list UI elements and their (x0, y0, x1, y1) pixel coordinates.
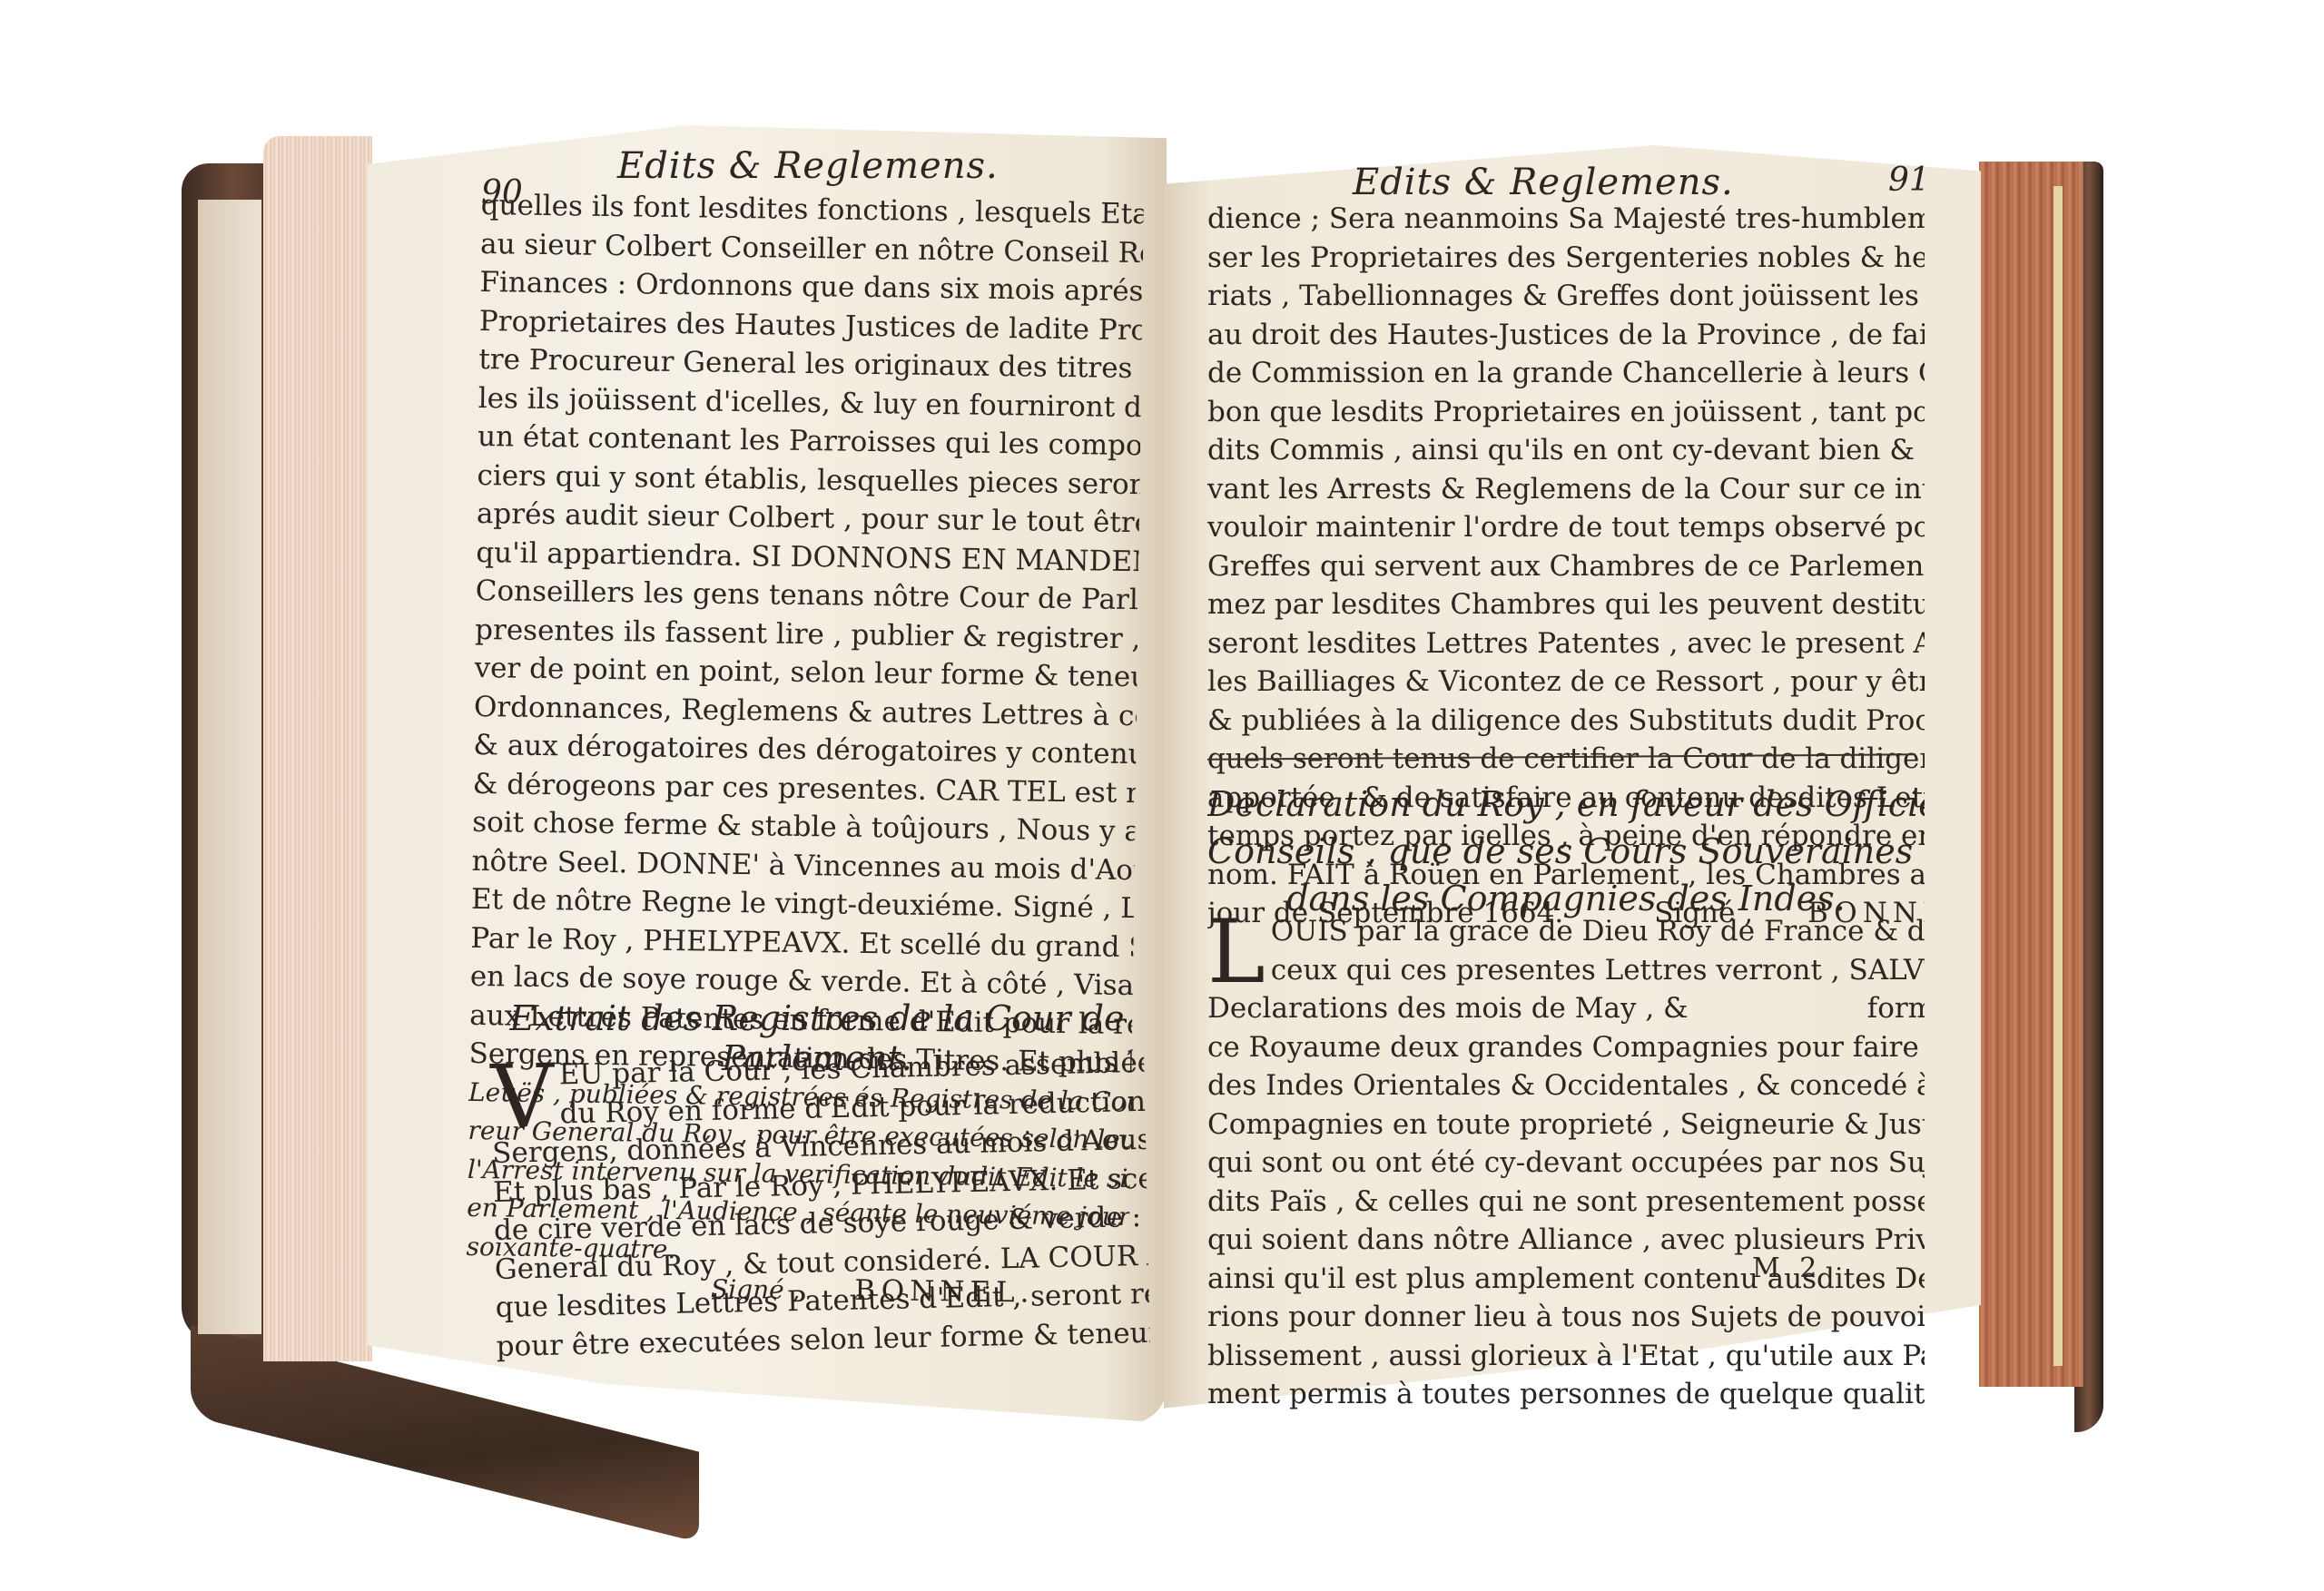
signature-mark: M 2 (1752, 1252, 1822, 1284)
text-line: ment permis à toutes personnes de quelqu… (1207, 1375, 1925, 1414)
text-line: blissement , aussi glorieux à l'Etat , q… (1207, 1337, 1925, 1376)
text-line: des Indes Orientales & Occidentales , & … (1207, 1066, 1925, 1105)
text-line: Compagnies en toute proprieté , Seigneur… (1207, 1105, 1925, 1144)
right-page-number: 91 (1888, 162, 1930, 199)
text-line: vant les Arrests & Reglemens de la Cour … (1207, 470, 1925, 509)
text-line: mez par lesdites Chambres qui les peuven… (1207, 585, 1925, 624)
left-flyleaf (198, 200, 261, 1334)
left-page-edges (263, 136, 372, 1361)
text-line: au droit des Hautes-Justices de la Provi… (1207, 316, 1925, 355)
text-line: bon que lesdits Proprietaires en joüisse… (1207, 393, 1925, 432)
right-running-head: Edits & Reglemens. (1353, 162, 1734, 203)
text-line: de Commission en la grande Chancellerie … (1207, 354, 1925, 393)
text-line: dits Commis , ainsi qu'ils en ont cy-dev… (1207, 431, 1925, 470)
text-line: ce Royaume deux grandes Compagnies pour … (1207, 1028, 1925, 1067)
text-line: riats , Tabellionnages & Greffes dont jo… (1207, 277, 1925, 316)
text-line: rions pour donner lieu à tous nos Sujets… (1207, 1298, 1925, 1337)
text-line: ceux qui ces presentes Lettres verront ,… (1271, 951, 1925, 990)
left-running-head: Edits & Reglemens. (617, 145, 999, 187)
text-line: ser les Proprietaires des Sergenteries n… (1207, 239, 1925, 278)
text-line: vouloir maintenir l'ordre de tout temps … (1207, 508, 1925, 547)
declaration-body-text: L OUIS par la grace de Dieu Roy de Franc… (1207, 912, 1925, 1414)
text-line: OUIS par la grace de Dieu Roy de France … (1271, 912, 1925, 951)
drop-cap: V (490, 1060, 555, 1134)
text-line: & publiées à la diligence des Substituts… (1207, 702, 1925, 741)
text-line: dits Païs , & celles qui ne sont present… (1207, 1183, 1925, 1222)
text-line: dience ; Sera neanmoins Sa Majesté tres-… (1207, 200, 1925, 239)
text-line: les Bailliages & Vicontez de ce Ressort … (1207, 663, 1925, 702)
right-red-page-edges (1979, 162, 2083, 1387)
heading-line: Declaration du Roy , en faveur des Offic… (1207, 781, 1925, 828)
extrait-body-text: V EU par la Cour , les Chambres assemblé… (490, 1044, 1150, 1366)
right-headband (2053, 186, 2063, 1366)
text-line: Greffes qui servent aux Chambres de ce P… (1207, 547, 1925, 586)
text-line: Declarations des mois de May , & formé &… (1207, 989, 1925, 1028)
text-line: qui sont ou ont été cy-devant occupées p… (1207, 1144, 1925, 1183)
text-line: seront lesdites Lettres Patentes , avec … (1207, 624, 1925, 663)
heading-line: Conseils , que de ses Cours Souveraines … (1207, 828, 1925, 875)
drop-cap: L (1207, 916, 1265, 988)
section-heading-declaration: Declaration du Roy , en faveur des Offic… (1207, 781, 1925, 922)
